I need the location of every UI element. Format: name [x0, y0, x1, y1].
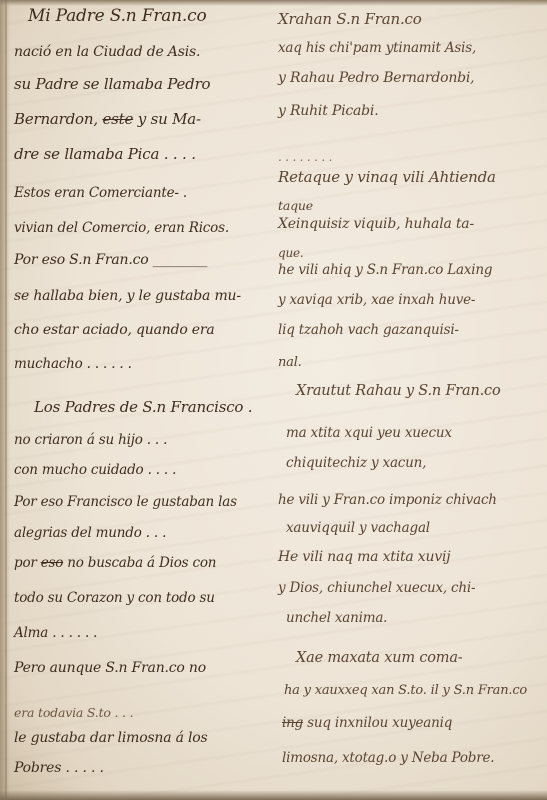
text-line: Pero aunque S.n Fran.co no	[14, 660, 206, 676]
text-line: liq tzahoh vach gazanquisi-	[278, 322, 459, 338]
gutter-fold-line	[5, 0, 7, 800]
text-line: no criaron á su hijo . . .	[14, 432, 167, 448]
text-line: nació en la Ciudad de Asis.	[14, 44, 200, 60]
text-line: Estos eran Comerciante- .	[14, 185, 187, 201]
struck-text: ing	[282, 715, 303, 731]
text-line: he vili ahiq y S.n Fran.co Laxing	[278, 262, 492, 278]
text-line: todo su Corazon y con todo su	[14, 590, 215, 606]
text-line: Retaque y vinaq vili Ahtienda	[278, 168, 496, 186]
text-line: y Rahau Pedro Bernardonbi,	[278, 70, 474, 86]
text-line: he vili y Fran.co imponiz chivach	[278, 492, 497, 508]
struck-text: este	[102, 110, 133, 128]
text-line: y Ruhit Picabi.	[278, 103, 378, 119]
text-line: Xrautut Rahau y S.n Fran.co	[296, 383, 500, 399]
text-line: Xrahan S.n Fran.co	[278, 10, 422, 28]
text-line: alegrias del mundo . . .	[14, 525, 166, 541]
text-line: muchacho . . . . . .	[14, 356, 132, 372]
text-line: Bernardon, este y su Ma-	[14, 110, 201, 128]
text-line: He vili naq ma xtita xuvij	[278, 549, 450, 565]
text-line: por eso no buscaba á Dios con	[14, 555, 216, 571]
text-line: Por eso Francisco le gustaban las	[14, 494, 237, 510]
text-line: y Dios, chiunchel xuecux, chi-	[278, 580, 475, 596]
text-line: ma xtita xqui yeu xuecux	[286, 425, 452, 441]
struck-text: eso	[41, 555, 63, 571]
text-line: . . . . . . . .	[278, 150, 332, 164]
text-line: cho estar aciado, quando era	[14, 322, 215, 338]
text-line: que.	[278, 246, 304, 260]
text-line: xaq his chi'pam ytinamit Asis,	[278, 40, 476, 56]
bottom-edge-shadow	[0, 790, 547, 800]
text-line: Pobres . . . . .	[14, 760, 104, 776]
text-line: nal.	[278, 355, 302, 370]
text-line: con mucho cuidado . . . .	[14, 462, 176, 478]
text-line: Xae maxata xum coma-	[296, 650, 462, 666]
text-line: ing suq inxnilou xuyeaniq	[282, 715, 452, 731]
text-line: Mi Padre S.n Fran.co	[28, 6, 207, 26]
text-line: y xaviqa xrib, xae inxah huve-	[278, 292, 475, 308]
text-line: chiquitechiz y xacun,	[286, 455, 426, 471]
text-line: Por eso S.n Fran.co ________	[14, 252, 207, 268]
text-line: le gustaba dar limosna á los	[14, 730, 208, 746]
text-line: vivian del Comercio, eran Ricos.	[14, 220, 229, 236]
text-line: su Padre se llamaba Pedro	[14, 75, 210, 93]
text-line: dre se llamaba Pica . . . .	[14, 145, 196, 163]
text-line: Xeinquisiz viquib, huhala ta-	[278, 216, 474, 232]
manuscript-page: Mi Padre S.n Fran.co nació en la Ciudad …	[0, 0, 547, 800]
text-line: era todavia S.to . . .	[14, 705, 133, 720]
text-line: unchel xanima.	[286, 610, 387, 626]
text-line: se hallaba bien, y le gustaba mu-	[14, 288, 241, 304]
text-line: ha y xauxxeq xan S.to. il y S.n Fran.co	[284, 683, 527, 698]
text-line: Los Padres de S.n Francisco .	[34, 398, 252, 416]
text-line: limosna, xtotag.o y Neba Pobre.	[282, 750, 494, 766]
text-line: xauviqquil y vachagal	[286, 520, 430, 536]
text-line: Alma . . . . . .	[14, 625, 97, 641]
text-line: taque	[278, 198, 313, 213]
